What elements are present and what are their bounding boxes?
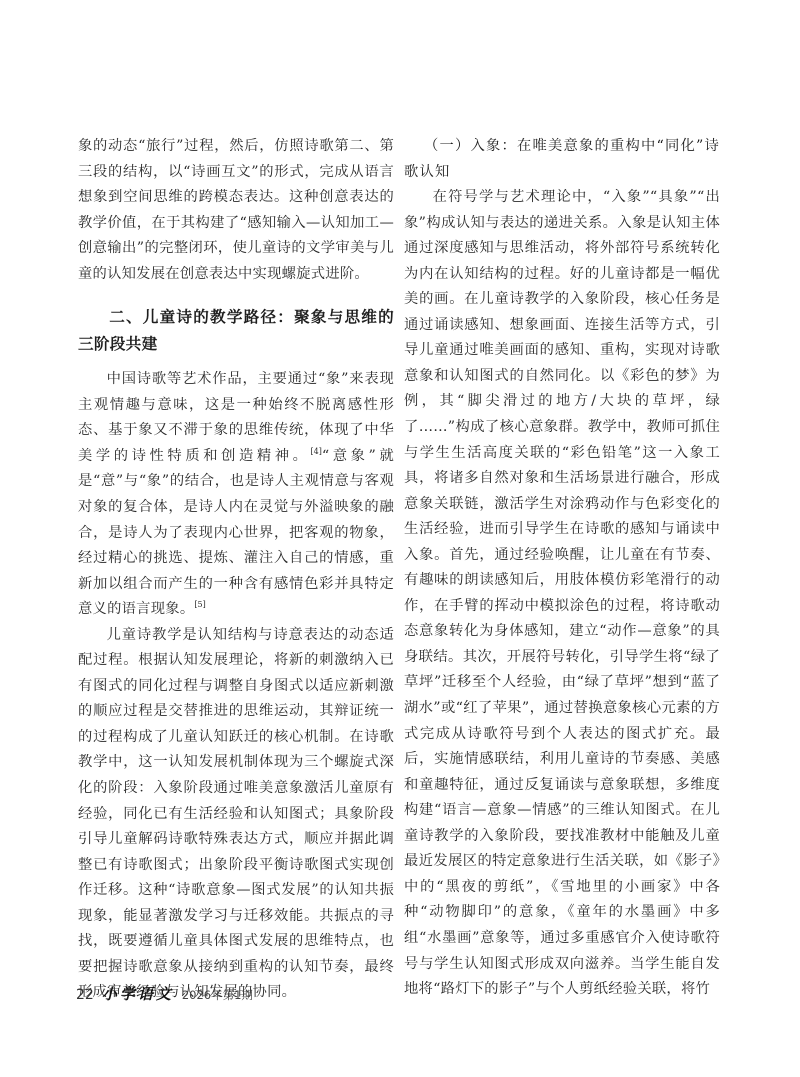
journal-logo: 小学语文 [102,983,174,1004]
paragraph: 在符号学与艺术理论中，“入象”“具象”“出象”构成认知与表达的递进关系。入象是认… [404,185,720,1003]
subsection-heading: （一）入象：在唯美意象的重构中“同化”诗歌认知 [404,134,720,185]
paragraph-continued: 象的动态“旅行”过程，然后，仿照诗歌第二、第三段的结构，以“诗画互文”的形式，完… [78,134,394,287]
paragraph-text: “意象”就是“意”与“象”的结合，也是诗人主观情意与客观对象的复合体，是诗人内在… [78,448,394,617]
page-number: 22 [76,987,94,1003]
citation-ref: [5] [194,600,205,609]
paragraph: 中国诗歌等艺术作品，主要通过“象”来表现主观情趣与意味，这是一种始终不脱离感性形… [78,367,394,622]
page-footer: 22 小学语文 2026年第1期 [76,983,253,1003]
section-heading: 二、儿童诗的教学路径：聚象与思维的三阶段共建 [78,304,394,358]
left-column: 象的动态“旅行”过程，然后，仿照诗歌第二、第三段的结构，以“诗画互文”的形式，完… [78,134,394,1006]
right-column: （一）入象：在唯美意象的重构中“同化”诗歌认知 在符号学与艺术理论中，“入象”“… [404,134,720,1003]
issue-label: 2026年第1期 [182,987,253,1003]
citation-ref: [4] [311,447,322,456]
paragraph: 儿童诗教学是认知结构与诗意表达的动态适配过程。根据认知发展理论，将新的刺激纳入已… [78,623,394,1006]
